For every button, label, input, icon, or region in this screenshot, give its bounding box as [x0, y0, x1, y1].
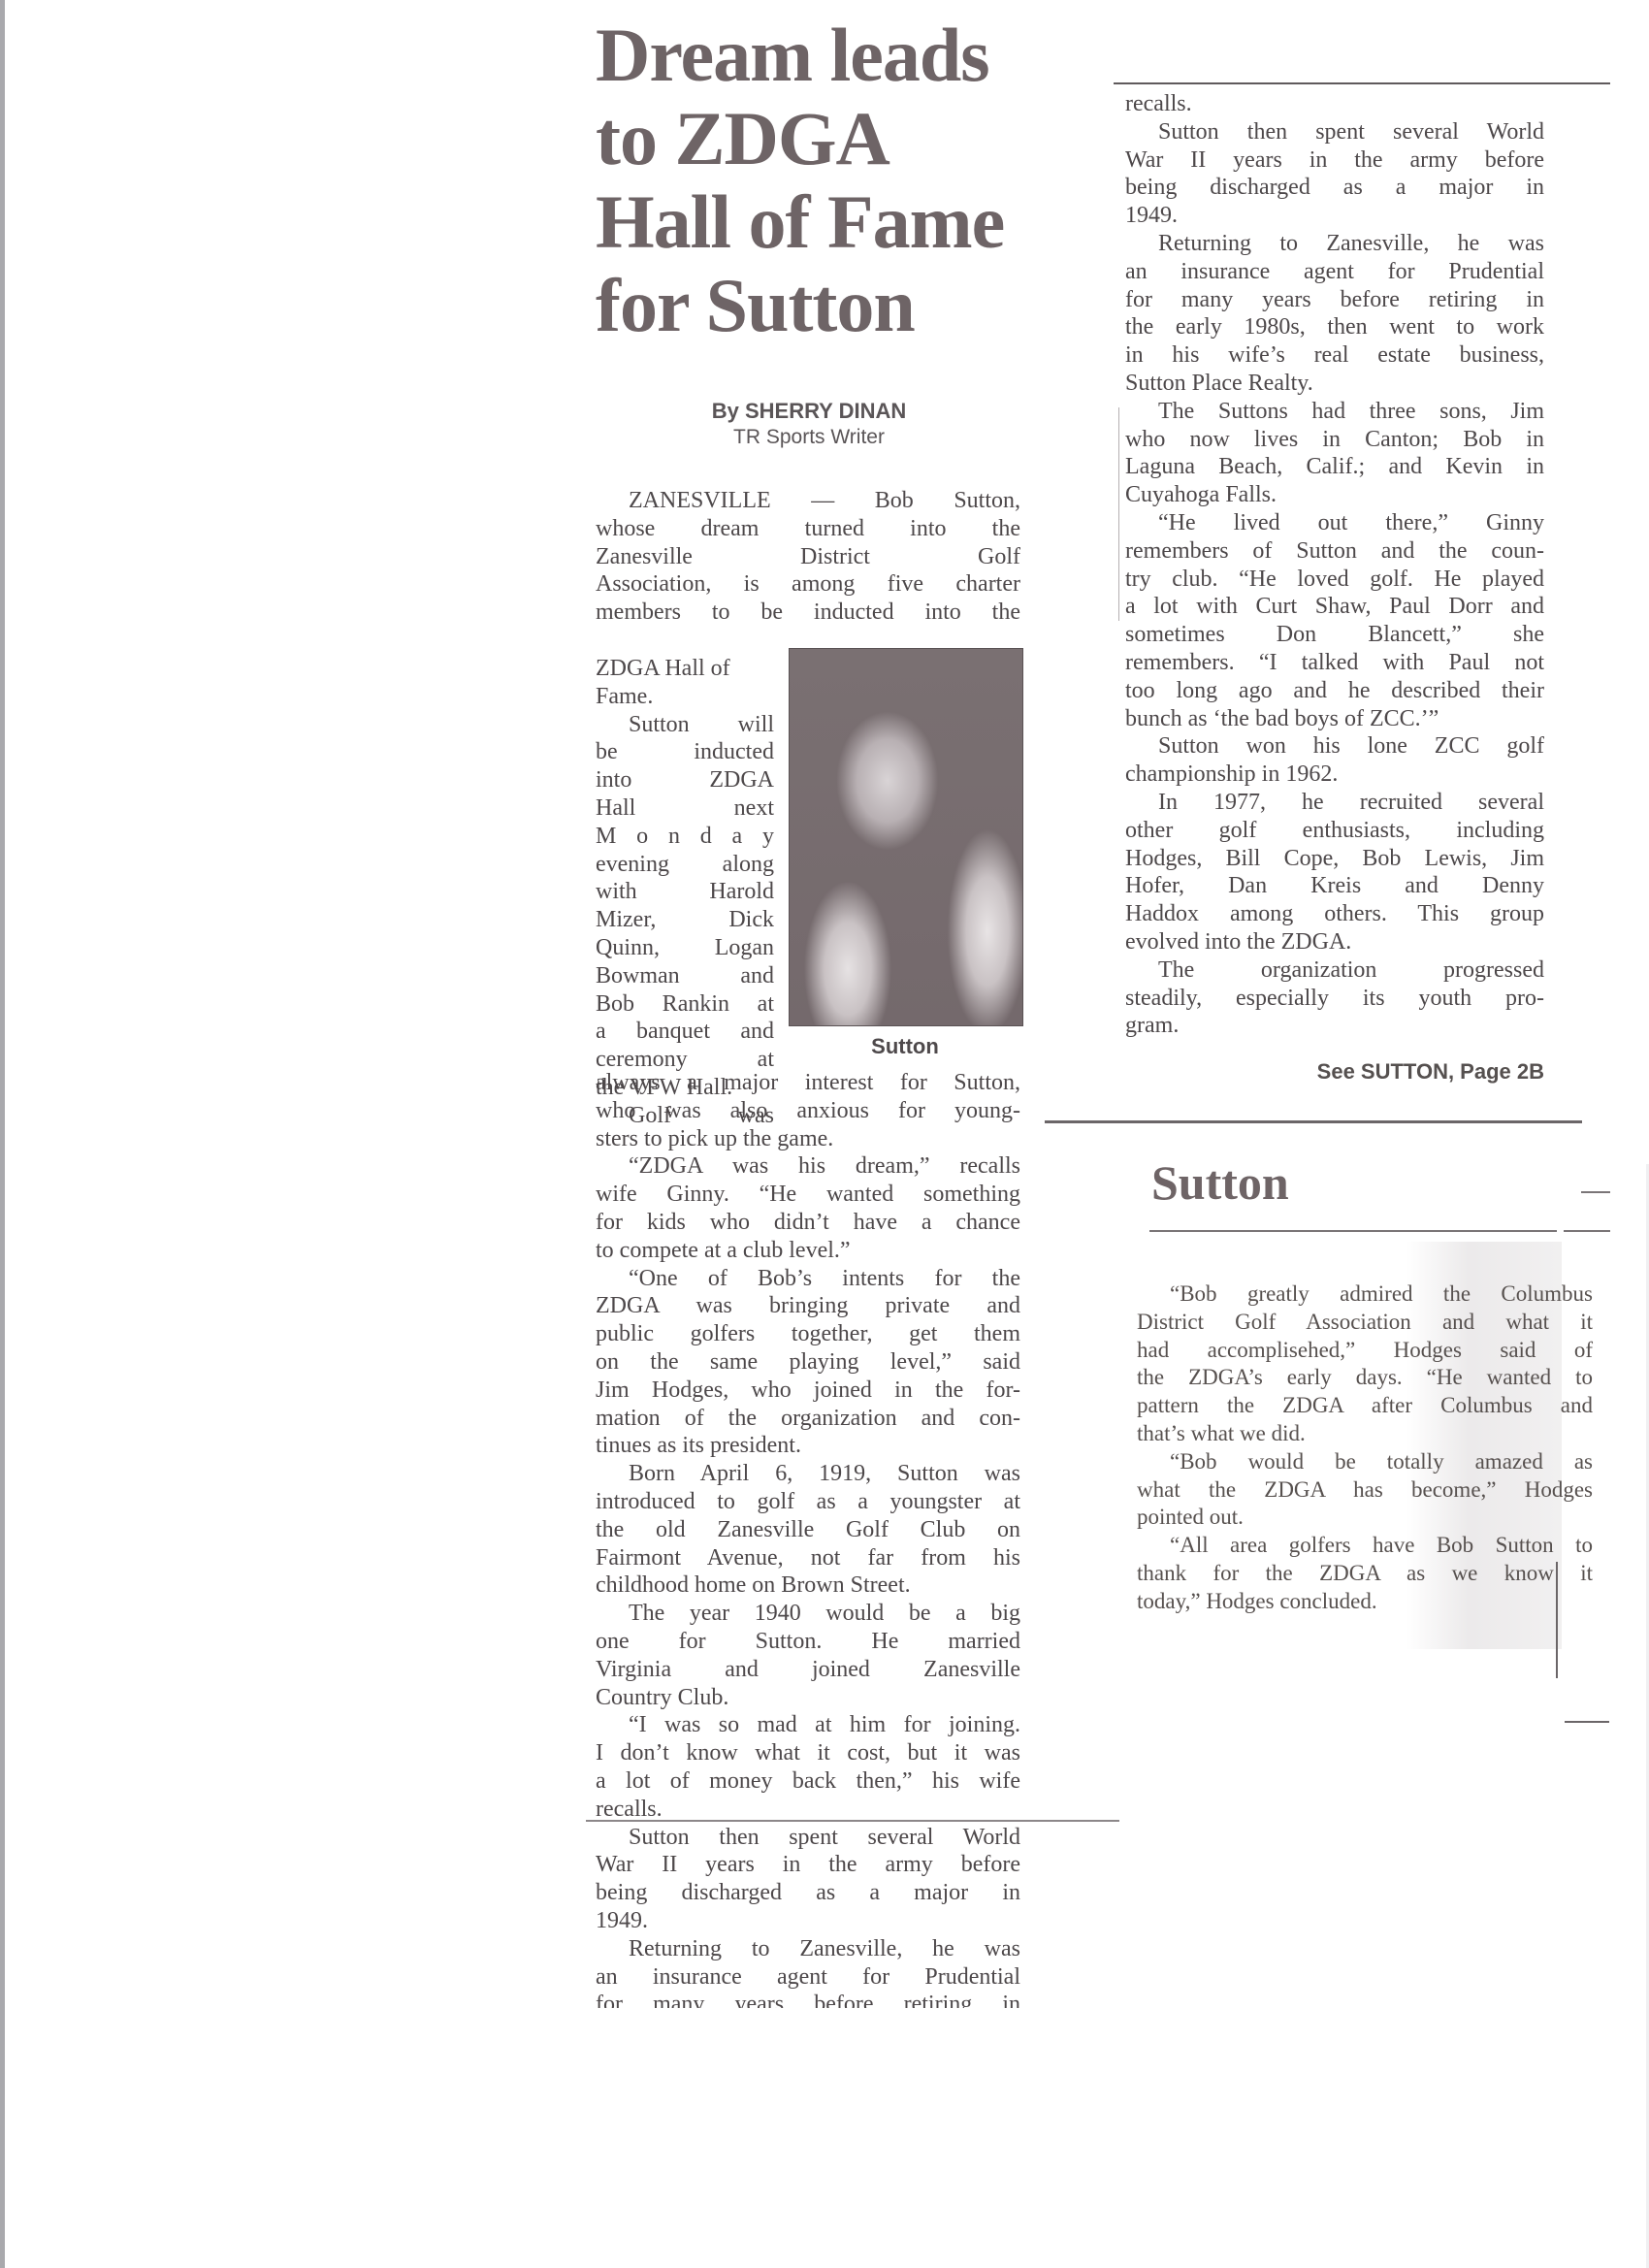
clipping-edge-line [1556, 1562, 1558, 1678]
text-line: “He lived out there,” Ginny [1125, 509, 1544, 537]
text-line: evolved into the ZDGA. [1125, 928, 1544, 956]
text-line: Virginia and joined Zanesville [596, 1656, 1020, 1684]
text-line: District Golf Association and what it [1137, 1309, 1593, 1337]
text-line: who was also anxious for young- [596, 1097, 1020, 1125]
text-line: pattern the ZDGA after Columbus and [1137, 1392, 1593, 1420]
text-line: the early 1980s, then went to work [1125, 313, 1544, 341]
text-line: Returning to Zanesville, he was [1125, 230, 1544, 258]
text-line: Bob Rankin at [596, 990, 774, 1019]
text-line: Laguna Beach, Calif.; and Kevin in [1125, 453, 1544, 481]
byline-role: TR Sports Writer [596, 425, 1022, 450]
clipping-edge-line [1118, 407, 1119, 621]
text-line: sometimes Don Blancett,” she [1125, 621, 1544, 649]
text-line: The year 1940 would be a big [596, 1600, 1020, 1628]
text-line: an insurance agent for Prudential [596, 1963, 1020, 1992]
clipping-cut-line [586, 1820, 1119, 1822]
text-line: Born April 6, 1919, Sutton was [596, 1460, 1020, 1488]
headline-line: to ZDGA [596, 97, 1051, 180]
text-line: today,” Hodges concluded. [1137, 1588, 1593, 1616]
clipping-cut-line [1564, 1230, 1610, 1232]
headline: Dream leads to ZDGA Hall of Fame for Sut… [596, 14, 1051, 347]
text-line: Zanesville District Golf [596, 543, 1020, 571]
text-line: “Bob would be totally amazed as [1137, 1448, 1593, 1476]
text-line: Hodges, Bill Cope, Bob Lewis, Jim [1125, 845, 1544, 873]
byline-author: By SHERRY DINAN [596, 398, 1022, 425]
text-line: “ZDGA was his dream,” recalls [596, 1152, 1020, 1181]
text-line: The Suttons had three sons, Jim [1125, 398, 1544, 426]
clipping-cut-line [1565, 1721, 1609, 1723]
text-line: Cuyahoga Falls. [1125, 481, 1544, 509]
text-line: remembers of Sutton and the coun- [1125, 537, 1544, 566]
text-line: in his wife’s real estate business, [1125, 341, 1544, 370]
text-line: Sutton Place Realty. [1125, 370, 1544, 398]
text-line: an insurance agent for Prudential [1125, 258, 1544, 286]
text-line: with Harold [596, 878, 774, 906]
text-line: introduced to golf as a youngster at [596, 1488, 1020, 1516]
text-line: Sutton then spent several World [1125, 118, 1544, 146]
text-line: on the same playing level,” said [596, 1348, 1020, 1377]
text-line: Mizer, Dick [596, 906, 774, 934]
text-line: Hall next [596, 794, 774, 823]
left-column-top: ZANESVILLE — Bob Sutton, whose dream tur… [596, 487, 1020, 627]
continuation-header-rule [1149, 1230, 1557, 1232]
text-line: the ZDGA’s early days. “He wanted to [1137, 1364, 1593, 1392]
text-line: a lot with Curt Shaw, Paul Dorr and [1125, 593, 1544, 621]
text-line: Bowman and [596, 962, 774, 990]
text-line: Country Club. [596, 1684, 1020, 1712]
text-line: Hofer, Dan Kreis and Denny [1125, 872, 1544, 900]
text-line: Sutton won his lone ZCC golf [1125, 732, 1544, 761]
portrait-photo [789, 648, 1023, 1026]
continuation-body: “Bob greatly admired the Columbus Distri… [1137, 1280, 1593, 1616]
jump-reference: See SUTTON, Page 2B [1125, 1059, 1544, 1085]
text-line: recalls. [1125, 90, 1544, 118]
text-line: try club. “He loved golf. He played [1125, 566, 1544, 594]
text-line: “All area golfers have Bob Sutton to [1137, 1532, 1593, 1560]
text-line: Fairmont Avenue, not far from his [596, 1544, 1020, 1572]
text-line: childhood home on Brown Street. [596, 1571, 1020, 1600]
text-line: public golfers together, get them [596, 1320, 1020, 1348]
text-line: War II years in the army before [1125, 146, 1544, 175]
text-line: ZDGA was bringing private and [596, 1292, 1020, 1320]
text-line: being discharged as a major in [596, 1879, 1020, 1907]
text-line: be inducted [596, 738, 774, 766]
text-line: too long ago and he described their [1125, 677, 1544, 705]
text-line: other golf enthusiasts, including [1125, 817, 1544, 845]
text-line: wife Ginny. “He wanted something [596, 1181, 1020, 1209]
text-line: Sutton will [596, 711, 774, 739]
text-line: evening along [596, 851, 774, 879]
text-line: a banquet and [596, 1018, 774, 1046]
text-line: 1949. [1125, 202, 1544, 230]
text-line: thank for the ZDGA as we know it [1137, 1560, 1593, 1588]
clipping-cut-line [1114, 82, 1610, 84]
text-line: Quinn, Logan [596, 934, 774, 962]
text-line: a lot of money back then,” his wife [596, 1767, 1020, 1796]
text-line: one for Sutton. He married [596, 1628, 1020, 1656]
text-line: Association, is among five charter [596, 570, 1020, 599]
text-line: 1949. [596, 1907, 1020, 1935]
byline: By SHERRY DINAN TR Sports Writer [596, 398, 1022, 450]
text-line: being discharged as a major in [1125, 174, 1544, 202]
text-line: had accomplisehed,” Hodges said of [1137, 1337, 1593, 1365]
text-line: whose dream turned into the [596, 515, 1020, 543]
text-line: I don’t know what it cost, but it was [596, 1739, 1020, 1767]
text-line: for many years before retiring in [1125, 286, 1544, 314]
text-line: The organization progressed [1125, 956, 1544, 985]
text-line: always a major interest for Sutton, [596, 1069, 1020, 1097]
scan-edge-left [0, 0, 5, 2268]
text-line: into ZDGA [596, 766, 774, 794]
clipping-cut-line [1581, 1191, 1610, 1193]
text-line: “I was so mad at him for joining. [596, 1711, 1020, 1739]
text-line: Returning to Zanesville, he was [596, 1935, 1020, 1963]
text-line: to compete at a club level.” [596, 1237, 1020, 1265]
right-column: recalls. Sutton then spent several World… [1125, 90, 1544, 1040]
text-line: “One of Bob’s intents for the [596, 1265, 1020, 1293]
text-line: the old Zanesville Golf Club on [596, 1516, 1020, 1544]
text-line: gram. [1125, 1012, 1544, 1040]
continuation-top-rule [1045, 1120, 1582, 1123]
text-line: Haddox among others. This group [1125, 900, 1544, 928]
text-line: “Bob greatly admired the Columbus [1137, 1280, 1593, 1309]
text-line: bunch as ‘the bad boys of ZCC.’” [1125, 705, 1544, 733]
text-line: pointed out. [1137, 1504, 1593, 1532]
text-line: ZDGA Hall of [596, 655, 774, 683]
text-line: In 1977, he recruited several [1125, 789, 1544, 817]
text-line: that’s what we did. [1137, 1420, 1593, 1448]
text-line: Sutton then spent several World [596, 1824, 1020, 1852]
text-line: championship in 1962. [1125, 761, 1544, 789]
headline-line: Hall of Fame [596, 180, 1051, 264]
text-line: remembers. “I talked with Paul not [1125, 649, 1544, 677]
text-line: tinues as its president. [596, 1432, 1020, 1460]
text-line: ZANESVILLE — Bob Sutton, [596, 487, 1020, 515]
left-column-narrow: ZDGA Hall of Fame. Sutton will be induct… [596, 655, 774, 1130]
headline-line: for Sutton [596, 264, 1051, 347]
text-line: M o n d a y [596, 823, 774, 851]
text-line: Fame. [596, 683, 774, 711]
text-line: members to be inducted into the [596, 599, 1020, 627]
text-line: for kids who didn’t have a chance [596, 1209, 1020, 1237]
photo-caption: Sutton [789, 1034, 1021, 1059]
text-line: Jim Hodges, who joined in the for- [596, 1377, 1020, 1405]
left-column-lower: always a major interest for Sutton, who … [596, 1069, 1020, 2008]
text-line: mation of the organization and con- [596, 1405, 1020, 1433]
text-line: sters to pick up the game. [596, 1125, 1020, 1153]
text-line: War II years in the army before [596, 1851, 1020, 1879]
text-line: what the ZDGA has become,” Hodges [1137, 1476, 1593, 1505]
text-line: who now lives in Canton; Bob in [1125, 426, 1544, 454]
text-line: steadily, especially its youth pro- [1125, 985, 1544, 1013]
text-line: for many years before retiring in [596, 1991, 1020, 2008]
continuation-header: Sutton [1151, 1154, 1289, 1211]
headline-line: Dream leads [596, 14, 1051, 97]
